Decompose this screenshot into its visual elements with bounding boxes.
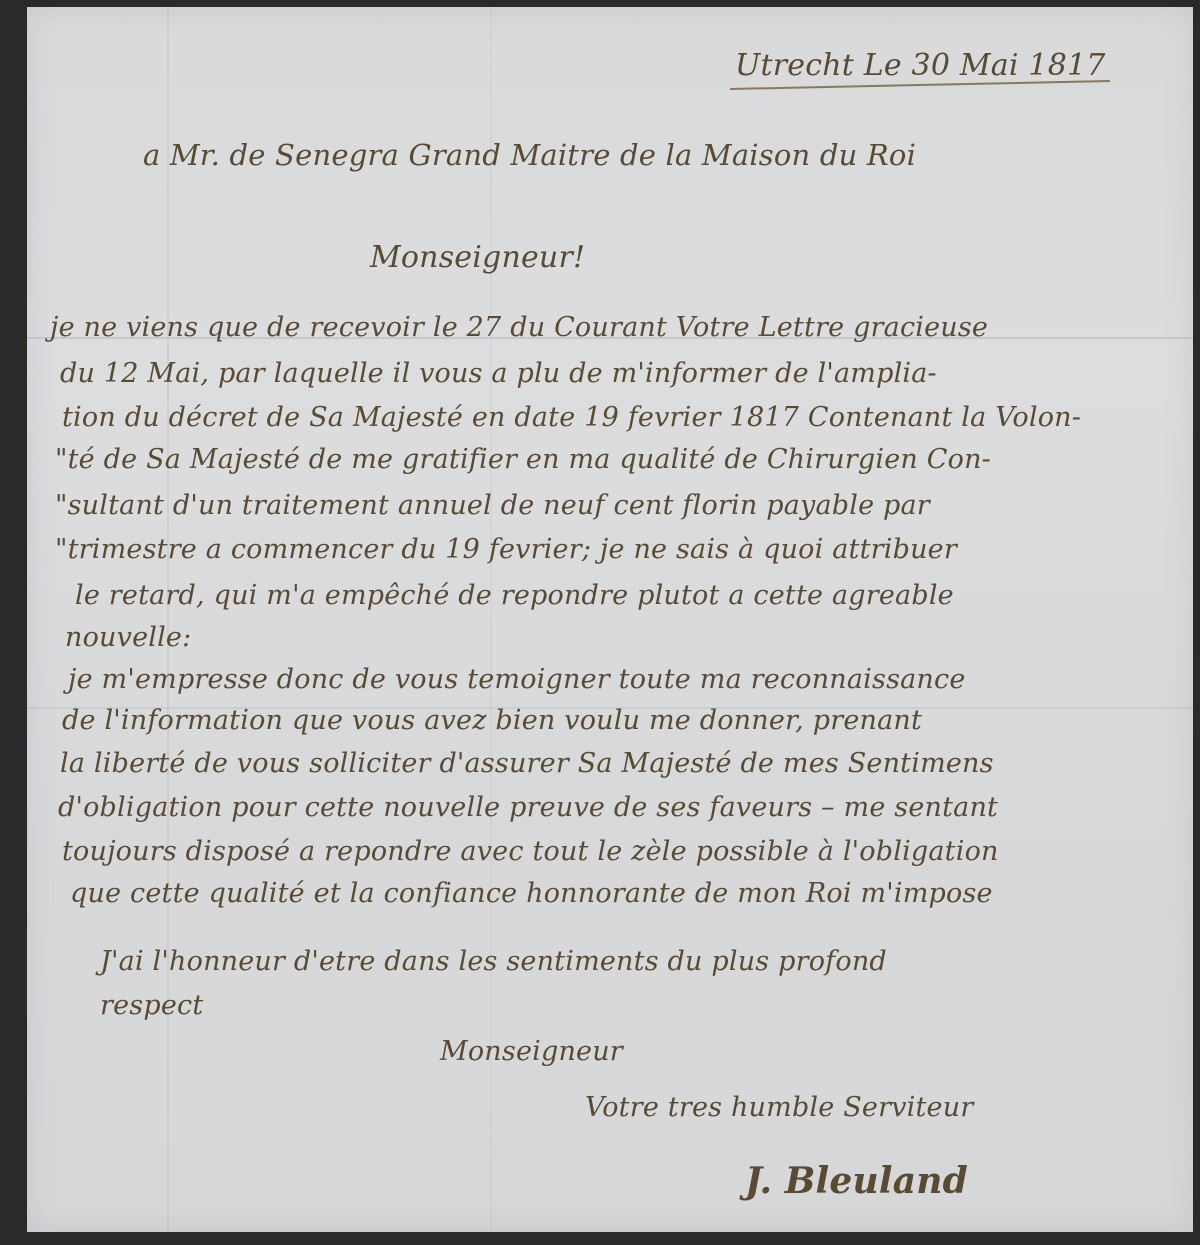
signature: J. Bleuland	[745, 1160, 968, 1202]
body-line: la liberté de vous solliciter d'assurer …	[60, 748, 994, 779]
closing-line: respect	[100, 990, 203, 1021]
complimentary-close: Votre tres humble Serviteur	[585, 1092, 973, 1123]
body-line: je m'empresse donc de vous temoigner tou…	[68, 664, 966, 695]
body-line: du 12 Mai, par laquelle il vous a plu de…	[60, 358, 937, 389]
body-line: nouvelle:	[65, 622, 191, 653]
body-line: "sultant d'un traitement annuel de neuf …	[55, 490, 930, 521]
body-line: je ne viens que de recevoir le 27 du Cou…	[50, 312, 988, 343]
body-line: tion du décret de Sa Majesté en date 19 …	[62, 402, 1081, 433]
body-line: "té de Sa Majesté de me gratifier en ma …	[55, 444, 991, 475]
body-line: que cette qualité et la confiance honnor…	[70, 878, 993, 909]
body-line: d'obligation pour cette nouvelle preuve …	[58, 792, 998, 823]
body-line: le retard, qui m'a empêché de repondre p…	[75, 580, 954, 611]
dateline: Utrecht Le 30 Mai 1817	[735, 48, 1106, 83]
salutation: Monseigneur!	[370, 240, 585, 275]
body-line: toujours disposé a repondre avec tout le…	[62, 836, 999, 867]
paper-fold-line	[167, 7, 169, 1232]
valediction: Monseigneur	[440, 1036, 623, 1067]
body-line: "trimestre a commencer du 19 fevrier; je…	[55, 534, 957, 565]
closing-line: J'ai l'honneur d'etre dans les sentiment…	[100, 946, 887, 977]
recipient-address: a Mr. de Senegra Grand Maitre de la Mais…	[143, 138, 916, 172]
body-line: de l'information que vous avez bien voul…	[62, 705, 922, 736]
